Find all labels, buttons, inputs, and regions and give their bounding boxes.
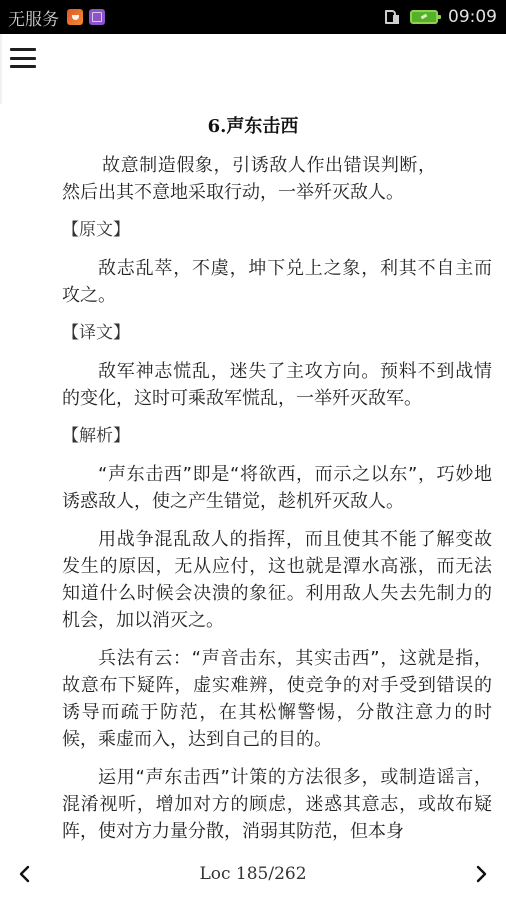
paragraph: 敌军神志慌乱，迷失了主攻方向。预料不到战情的变化，这时可乘敌军慌乱，一举歼灭敌军… [62, 358, 492, 412]
hamburger-menu-icon-bar [10, 65, 36, 68]
reader-content: 故意制造假象，引诱敌人作出错误判断，然后出其不意地采取行动，一举歼灭敌人。 【原… [62, 152, 492, 856]
reader-footer: Loc 185/262 [0, 856, 506, 892]
drawer-edge [0, 34, 3, 104]
hamburger-menu-icon [10, 48, 36, 51]
carrier-label: 无服务 [8, 5, 59, 30]
purple-app-notification-icon [89, 9, 105, 25]
section-label-analysis: 【解析】 [62, 423, 492, 450]
location-indicator: Loc 185/262 [199, 864, 306, 884]
battery-charging-icon [410, 10, 438, 24]
menu-button[interactable] [10, 48, 36, 68]
system-status-icons: 09:09 [385, 7, 497, 27]
sim-card-icon [385, 10, 396, 24]
next-page-button[interactable] [462, 856, 502, 892]
chapter-intro: 故意制造假象，引诱敌人作出错误判断，然后出其不意地采取行动，一举歼灭敌人。 [62, 152, 492, 206]
paragraph: 运用“声东击西”计策的方法很多，或制造谣言，混淆视听，增加对方的顾虑，迷惑其意志… [62, 764, 492, 845]
chapter-title: 6.声东击西 [0, 112, 506, 138]
section-label-original: 【原文】 [62, 217, 492, 244]
paragraph: 兵法有云：“声音击东，其实击西”，这就是指，故意布下疑阵，虚实难辨，使竞争的对手… [62, 645, 492, 753]
clock: 09:09 [448, 7, 497, 27]
previous-page-button[interactable] [4, 856, 44, 892]
chevron-left-icon [18, 865, 30, 883]
paragraph: 敌志乱萃，不虞，坤下兑上之象，利其不自主而攻之。 [62, 255, 492, 309]
hamburger-menu-icon-bar [10, 57, 36, 60]
paragraph: “声东击西”即是“将欲西，而示之以东”，巧妙地诱惑敌人，使之产生错觉，趁机歼灭敌… [62, 461, 492, 515]
paragraph: 用战争混乱敌人的指挥，而且使其不能了解变故发生的原因，无从应付，这也就是潭水高涨… [62, 526, 492, 634]
section-label-translation: 【译文】 [62, 320, 492, 347]
orange-app-notification-icon [67, 9, 83, 25]
chevron-right-icon [476, 865, 488, 883]
status-bar: 无服务 09:09 [0, 0, 506, 34]
